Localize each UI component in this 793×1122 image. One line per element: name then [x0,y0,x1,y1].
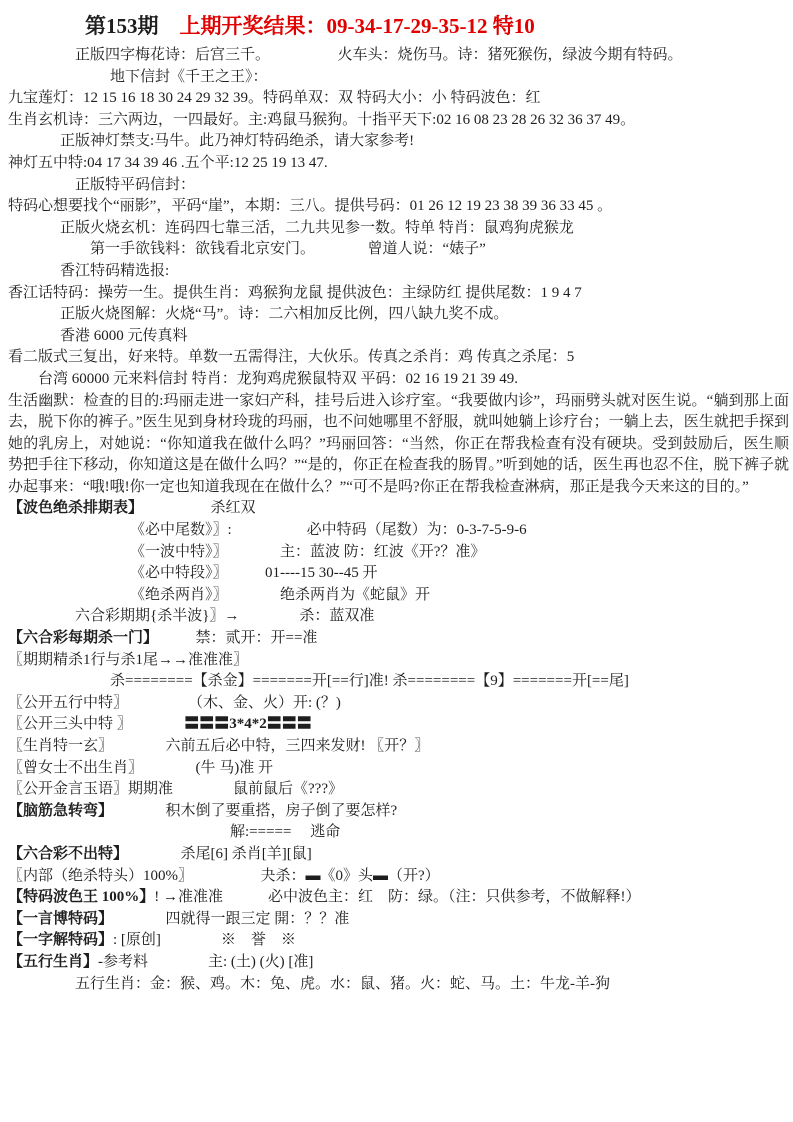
text-line: 生活幽默：检查的目的:玛丽走进一家妇产科，挂号后进入诊疗室。“我要做内诊”，玛丽… [0,391,789,499]
text-segment: 〖内部（绝杀特头）100%〗 夬杀： [8,868,306,884]
text-segment: 第153期 [85,14,159,38]
text-segment: 《必中尾数》〗: 必中特码（尾数）为：0-3-7-5-9-6 [130,522,527,538]
text-line: 正版火烧图解：火烧“马”。诗：二六相加反比例，四八缺九奖不成。 [0,304,789,326]
text-line: 《一波中特》〗 主：蓝波 防：红波《开?？准》 [0,542,789,564]
text-line: 【一字解特码】: [原创] ※ 誉 ※ [0,930,789,952]
text-segment: 生肖玄机诗：三六两边，一四最好。主:鸡鼠马猴狗。十指平天下:02 16 08 2… [8,112,635,128]
text-segment: （开?） [388,868,440,884]
text-segment: 正版神灯禁支:马牛。此乃神灯特码绝杀，请大家参考! [60,133,414,149]
document-lines: 第153期 上期开奖结果：09-34-17-29-35-12 特10正版四字梅花… [0,10,793,995]
text-segment: 四就得一跟三定 開：？？准 [106,911,350,927]
text-line: 正版火烧玄机：连码四七靠三活，二九共见参一数。特单 特肖：鼠鸡狗虎猴龙 [0,218,789,240]
text-line: 正版特平码信封： [0,175,789,197]
text-segment: 六合彩期期{杀半波}〗→ 杀：蓝双准 [75,608,374,624]
text-segment: : [原创] ※ 誉 ※ [113,932,296,948]
text-line: 【特码波色王 100%】! →准准准 必中波色主：红 防：绿。（注：只供参考，不… [0,887,789,909]
text-segment: 【一字解特码】 [8,932,113,948]
text-segment: 【五行生肖】 [8,954,98,970]
text-segment: 〓〓〓3*4*2〓〓〓 [184,716,312,732]
text-line: 【五行生肖】-参考料 主: (土) (火) [准] [0,952,789,974]
text-line: 《绝杀两肖》〗 绝杀两肖为《蛇鼠》开 [0,585,789,607]
text-segment: 〖公开金言玉语〗期期准 鼠前鼠后《???》 [8,781,343,797]
text-line: 神灯五中特:04 17 34 39 46 .五个平:12 25 19 13 47… [0,153,789,175]
text-segment: -参考料 主: (土) (火) [准] [98,954,313,970]
text-segment: 杀红双 [136,500,256,516]
text-segment: 【六合彩每期杀一门】 [8,630,151,646]
text-line: 看二版式三复出，好来特。单数一五需得注，大伙乐。传真之杀肖：鸡 传真之杀尾：5 [0,347,789,369]
text-segment: 正版火烧玄机：连码四七靠三活，二九共见参一数。特单 特肖：鼠鸡狗虎猴龙 [60,220,574,236]
text-line: 香港 6000 元传真料 [0,326,789,348]
text-segment [159,14,180,38]
text-segment: 正版四字梅花诗：后宫三千。 火车头：烧伤马。诗：猪死猴伤，绿波今期有特码。 [75,47,683,63]
text-segment: ! →准准准 必中波色主：红 防：绿。（注：只供参考，不做解释!） [154,889,640,905]
text-segment: 〖期期精杀1行与杀1尾→→准准准〗 [8,652,248,668]
text-segment: 杀========【杀金】=======开[==行]准! 杀========【9… [110,673,629,689]
text-line: 〖公开金言玉语〗期期准 鼠前鼠后《???》 [0,779,789,801]
text-segment: 正版火烧图解：火烧“马”。诗：二六相加反比例，四八缺九奖不成。 [60,306,508,322]
text-segment: 神灯五中特:04 17 34 39 46 .五个平:12 25 19 13 47… [8,155,328,171]
text-line: 《必中尾数》〗: 必中特码（尾数）为：0-3-7-5-9-6 [0,520,789,542]
last-draw-result-text: 上期开奖结果：09-34-17-29-35-12 特10 [180,14,535,38]
text-line: 六合彩期期{杀半波}〗→ 杀：蓝双准 [0,606,789,628]
text-line: 第一手欲钱料：欲钱看北京安门。 曾道人说：“婊子” [0,239,789,261]
text-segment: 禁：贰开：开==准 [151,630,318,646]
text-line: 【脑筋急转弯】 积木倒了要重搭，房子倒了要怎样? [0,801,789,823]
text-segment: 看二版式三复出，好来特。单数一五需得注，大伙乐。传真之杀肖：鸡 传真之杀尾：5 [8,349,574,365]
text-line: 〖生肖特一玄〗 六前五后必中特，三四来发财! 〖开？〗 [0,736,789,758]
text-line: 香江特码精选报: [0,261,789,283]
text-segment: 香江特码精选报: [60,263,169,279]
text-line: 〖曾女士不出生肖〗 (牛 马)准 开 [0,758,789,780]
text-segment: 《一波中特》〗 主：蓝波 防：红波《开?？准》 [130,544,485,560]
text-line: 九宝莲灯：12 15 16 18 30 24 29 32 39。特码单双：双 特… [0,88,789,110]
text-line: 五行生肖：金：猴、鸡。木：兔、虎。水：鼠、猪。火：蛇、马。土：牛龙-羊-狗 [0,974,789,996]
text-line: 解:===== 逃命 [0,822,789,844]
text-line: 【六合彩不出特】 杀尾[6] 杀肖[羊][鼠] [0,844,789,866]
text-line: 特码心想要找个“丽影”，平码“崖”，本期：三八。提供号码：01 26 12 19… [0,196,789,218]
text-line: 香江话特码：操劳一生。提供生肖：鸡猴狗龙鼠 提供波色：主绿防红 提供尾数：1 9… [0,283,789,305]
text-segment: 【脑筋急转弯】 [8,803,106,819]
text-line: 【六合彩每期杀一门】 禁：贰开：开==准 [0,628,789,650]
text-segment: 香港 6000 元传真料 [60,328,188,344]
text-segment: 【六合彩不出特】 [8,846,121,862]
text-segment: 五行生肖：金：猴、鸡。木：兔、虎。水：鼠、猪。火：蛇、马。土：牛龙-羊-狗 [75,976,610,992]
title-line: 第153期 上期开奖结果：09-34-17-29-35-12 特10 [0,10,789,42]
text-line: 杀========【杀金】=======开[==行]准! 杀========【9… [0,671,789,693]
text-segment: 【一言博特码】 [8,911,106,927]
text-segment: 杀尾[6] 杀肖[羊][鼠] [121,846,312,862]
text-segment: 《绝杀两肖》〗 绝杀两肖为《蛇鼠》开 [130,587,430,603]
text-line: 〖内部（绝杀特头）100%〗 夬杀：▬《0》头▬（开?） [0,866,789,888]
text-segment: 解:===== 逃命 [230,824,340,840]
text-line: 正版四字梅花诗：后宫三千。 火车头：烧伤马。诗：猪死猴伤，绿波今期有特码。 [0,45,789,67]
text-segment: ▬ [306,868,321,884]
text-line: 台湾 60000 元来料信封 特肖：龙狗鸡虎猴鼠特双 平码：02 16 19 2… [0,369,789,391]
text-line: 〖公开三头中特 〗 〓〓〓3*4*2〓〓〓 [0,714,789,736]
text-line: 《必中特段》〗 01----15 30--45 开 [0,563,789,585]
text-segment: 《必中特段》〗 01----15 30--45 开 [130,565,377,581]
text-segment: 《0》头 [321,868,374,884]
text-segment: 【特码波色王 100%】 [8,889,154,905]
text-segment: 积木倒了要重搭，房子倒了要怎样? [106,803,398,819]
text-line: 【一言博特码】 四就得一跟三定 開：？？准 [0,909,789,931]
text-segment: 〖公开三头中特 〗 [8,716,184,732]
text-line: 【波色绝杀排期表】 杀红双 [0,498,789,520]
text-segment: 香江话特码：操劳一生。提供生肖：鸡猴狗龙鼠 提供波色：主绿防红 提供尾数：1 9… [8,285,582,301]
text-segment: 正版特平码信封： [75,177,195,193]
text-line: 〖公开五行中特〗 （木、金、火）开: (？) [0,693,789,715]
text-line: 〖期期精杀1行与杀1尾→→准准准〗 [0,650,789,672]
text-segment: 特码心想要找个“丽影”，平码“崖”，本期：三八。提供号码：01 26 12 19… [8,198,612,214]
text-segment: 〖生肖特一玄〗 六前五后必中特，三四来发财! 〖开？〗 [8,738,429,754]
text-segment: 生活幽默：检查的目的:玛丽走进一家妇产科，挂号后进入诊疗室。“我要做内诊”，玛丽… [8,393,789,495]
text-line: 正版神灯禁支:马牛。此乃神灯特码绝杀，请大家参考! [0,131,789,153]
text-segment: ▬ [373,868,388,884]
text-segment: 〖曾女士不出生肖〗 (牛 马)准 开 [8,760,273,776]
text-segment: 【波色绝杀排期表】 [8,500,136,516]
text-segment: 〖公开五行中特〗 （木、金、火）开: (？) [8,695,341,711]
text-line: 生肖玄机诗：三六两边，一四最好。主:鸡鼠马猴狗。十指平天下:02 16 08 2… [0,110,789,132]
lottery-tip-sheet-page: 第153期 上期开奖结果：09-34-17-29-35-12 特10正版四字梅花… [0,0,793,1122]
text-line: 地下信封《千王之王》： [0,67,789,89]
text-segment: 第一手欲钱料：欲钱看北京安门。 曾道人说：“婊子” [90,241,486,257]
text-segment: 地下信封《千王之王》： [110,69,268,85]
text-segment: 九宝莲灯：12 15 16 18 30 24 29 32 39。特码单双：双 特… [8,90,541,106]
text-segment: 台湾 60000 元来料信封 特肖：龙狗鸡虎猴鼠特双 平码：02 16 19 2… [38,371,518,387]
